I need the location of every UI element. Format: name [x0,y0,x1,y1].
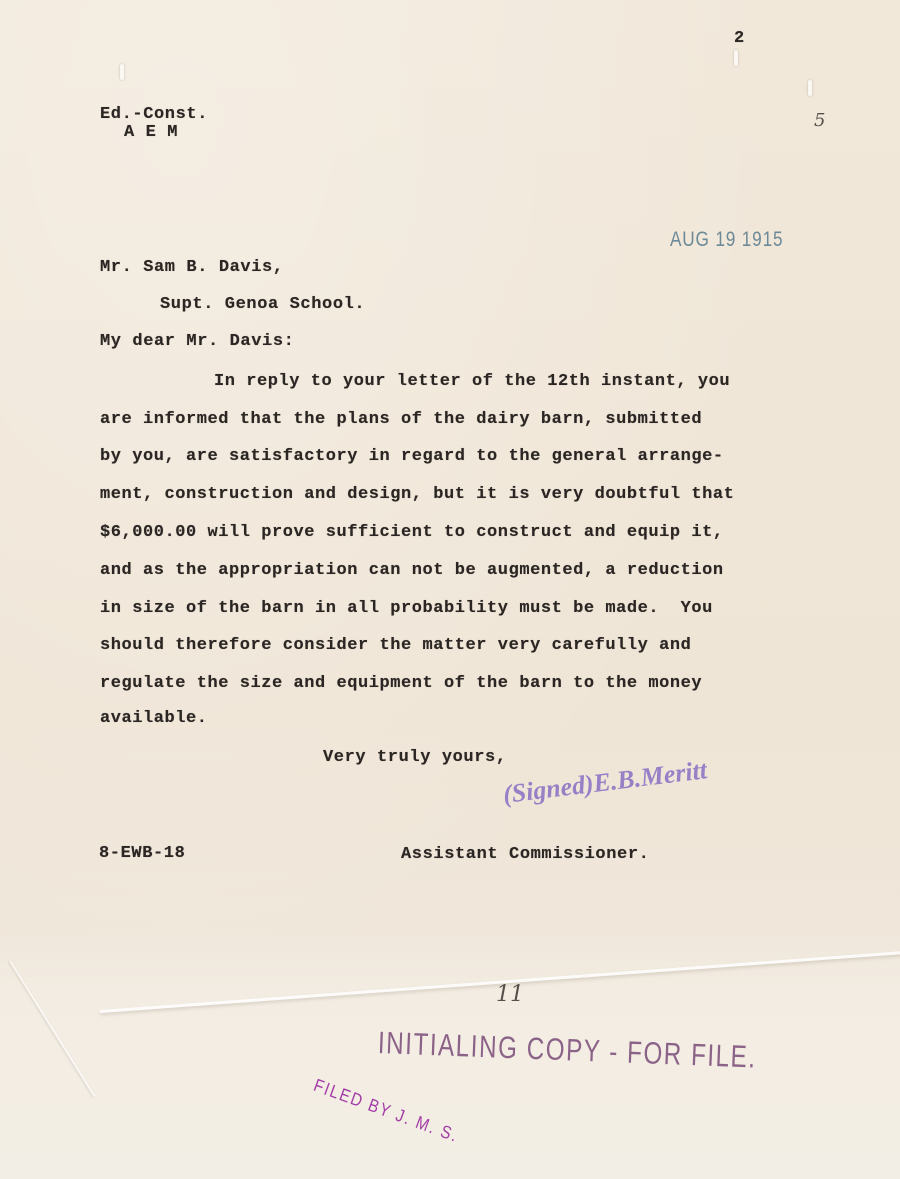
typist-initials: A E M [124,124,178,141]
pencil-mark-crease: 11 [496,982,524,1007]
staple-hole-icon [808,80,812,96]
body-line: available. [100,710,208,727]
reference-code: 8-EWB-18 [99,845,185,862]
salutation: My dear Mr. Davis: [100,333,294,350]
body-line: should therefore consider the matter ver… [100,637,691,654]
body-line: In reply to your letter of the 12th inst… [214,373,730,390]
body-line: regulate the size and equipment of the b… [100,675,702,692]
body-line: by you, are satisfactory in regard to th… [100,448,724,465]
pencil-mark-top: 5 [814,110,825,131]
recipient-title: Supt. Genoa School. [160,296,365,313]
body-line: $6,000.00 will prove sufficient to const… [100,524,724,541]
body-line: are informed that the plans of the dairy… [100,411,702,428]
recipient-name: Mr. Sam B. Davis, [100,259,284,276]
body-line: in size of the barn in all probability m… [100,600,713,617]
body-line: and as the appropriation can not be augm… [100,562,724,579]
page-number: 2 [734,30,745,47]
date-stamp: AUG 19 1915 [670,228,783,252]
staple-hole-icon [734,50,738,66]
file-code: Ed.-Const. [100,106,208,123]
staple-hole-icon [120,64,124,80]
closing: Very truly yours, [323,749,507,766]
body-line: ment, construction and design, but it is… [100,486,734,503]
signer-title: Assistant Commissioner. [401,846,649,863]
